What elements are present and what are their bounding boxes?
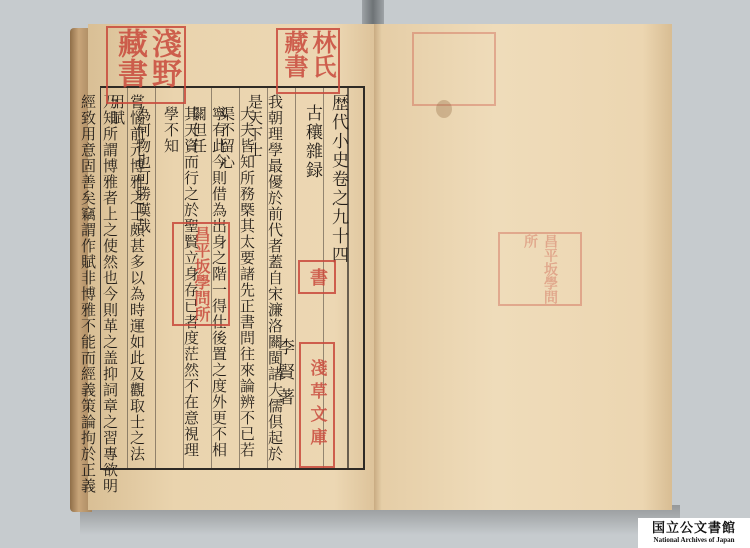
watermark-japanese: 国立公文書館 bbox=[652, 522, 736, 536]
subtitle-column: 古穰雜録 bbox=[301, 104, 322, 180]
column-rule bbox=[295, 88, 296, 468]
body-column-8: 經致用意固善矣竊謂作賦非博雅不能而經義策論拘於正義 bbox=[78, 94, 98, 494]
seal-upper-right: 林氏藏書 bbox=[276, 28, 340, 94]
seal-middle: 昌平坂學問所 bbox=[172, 222, 230, 326]
offset-seal-middle: 昌平坂學問所 bbox=[498, 232, 582, 306]
title-column: 歴代小史卷之九十四 bbox=[327, 94, 348, 265]
watermark-english: National Archives of Japan bbox=[654, 536, 735, 545]
body-column-7: 乃知所謂博雅者上之使然也今則革之盖抑詞章之習專欲明 bbox=[100, 94, 120, 494]
page-stain bbox=[436, 100, 452, 118]
seal-small-square: 書 bbox=[298, 260, 336, 294]
seal-large: 淺野藏書 bbox=[106, 26, 186, 104]
column-rule bbox=[155, 88, 156, 468]
book-gutter bbox=[374, 24, 382, 510]
seal-tall-stamp: 淺草文庫 bbox=[299, 342, 335, 468]
archive-watermark: 国立公文書館 National Archives of Japan bbox=[638, 518, 750, 548]
offset-seal-top bbox=[412, 32, 496, 106]
